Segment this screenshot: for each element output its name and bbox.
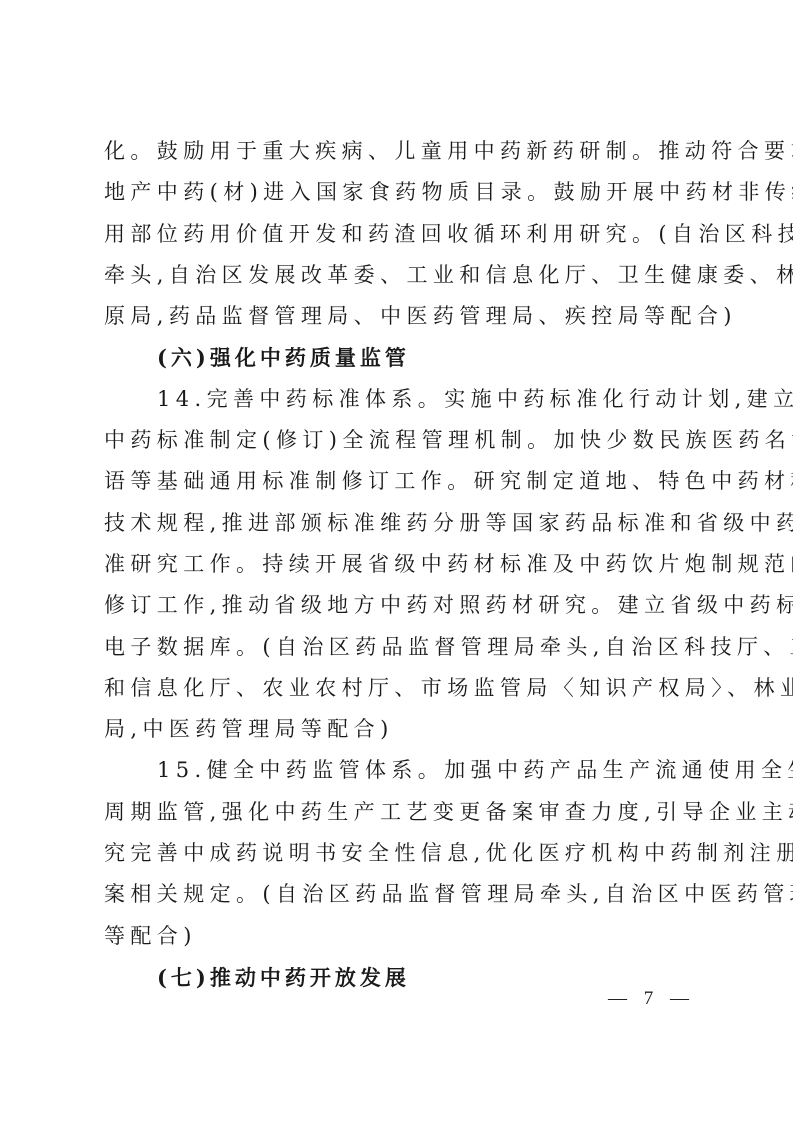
body-line: 修订工作,推动省级地方中药对照药材研究。建立省级中药标准 — [104, 585, 690, 626]
body-line: 中药标准制定(修订)全流程管理机制。加快少数民族医药名词术 — [104, 420, 690, 461]
body-line: 牵头,自治区发展改革委、工业和信息化厅、卫生健康委、林业和草 — [104, 255, 690, 296]
section-heading-7: (七)推动中药开放发展 — [104, 957, 690, 998]
body-line: 化。鼓励用于重大疾病、儿童用中药新药研制。推动符合要求的 — [104, 131, 690, 172]
body-line: 电子数据库。(自治区药品监督管理局牵头,自治区科技厅、工业 — [104, 627, 690, 668]
page-number: — 7 — — [608, 988, 695, 1010]
body-line: 周期监管,强化中药生产工艺变更备案审查力度,引导企业主动研 — [104, 792, 690, 833]
item-15-first-line: 15.健全中药监管体系。加强中药产品生产流通使用全生命 — [104, 750, 690, 791]
section-heading-6: (六)强化中药质量监管 — [104, 337, 690, 378]
body-line: 语等基础通用标准制修订工作。研究制定道地、特色中药材种植 — [104, 461, 690, 502]
body-line: 和信息化厅、农业农村厅、市场监管局〈知识产权局〉、林业和草原 — [104, 668, 690, 709]
body-line: 案相关规定。(自治区药品监督管理局牵头,自治区中医药管理局 — [104, 874, 690, 915]
body-line: 地产中药(材)进入国家食药物质目录。鼓励开展中药材非传统药 — [104, 172, 690, 213]
body-line: 局,中医药管理局等配合) — [104, 709, 690, 750]
body-line: 原局,药品监督管理局、中医药管理局、疾控局等配合) — [104, 296, 690, 337]
body-line: 准研究工作。持续开展省级中药材标准及中药饮片炮制规范的制 — [104, 544, 690, 585]
body-line: 究完善中成药说明书安全性信息,优化医疗机构中药制剂注册备 — [104, 833, 690, 874]
body-line: 技术规程,推进部颁标准维药分册等国家药品标准和省级中药标 — [104, 503, 690, 544]
body-line: 用部位药用价值开发和药渣回收循环利用研究。(自治区科技厅 — [104, 214, 690, 255]
item-14-first-line: 14.完善中药标准体系。实施中药标准化行动计划,建立健全 — [104, 379, 690, 420]
document-page: 化。鼓励用于重大疾病、儿童用中药新药研制。推动符合要求的 地产中药(材)进入国家… — [104, 131, 690, 998]
body-line: 等配合) — [104, 916, 690, 957]
